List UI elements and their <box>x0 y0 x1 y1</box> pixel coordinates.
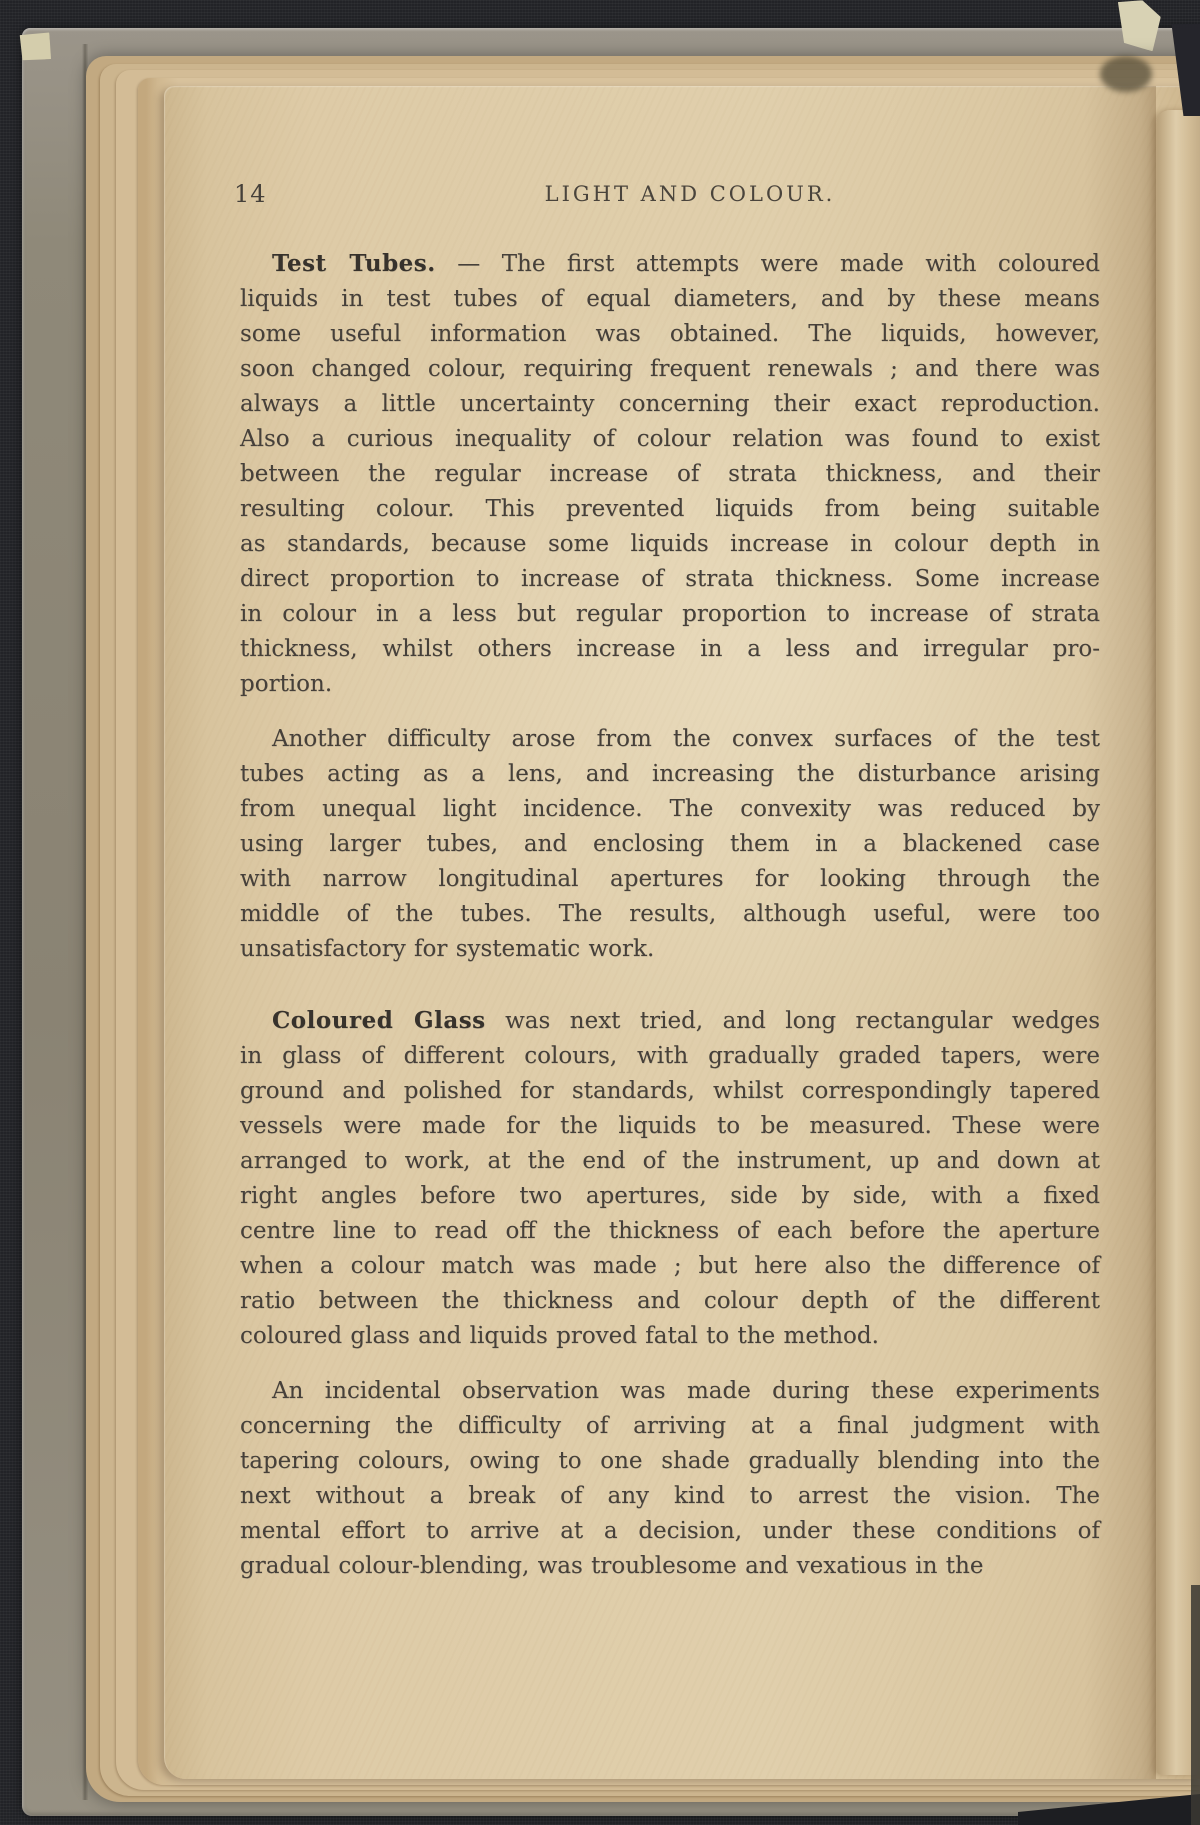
text-line: soon changed colour, requiring frequent … <box>240 352 1100 387</box>
text-line: An incidental observation was made durin… <box>240 1374 1100 1409</box>
text-line: right angles before two apertures, side … <box>240 1179 1100 1214</box>
page-header: 14 LIGHT AND COLOUR. <box>240 180 1100 208</box>
text-line: thickness, whilst others increase in a l… <box>240 632 1100 667</box>
paragraph: Test Tubes. — The first attempts were ma… <box>240 246 1100 702</box>
text-line: resulting colour. This prevented liquids… <box>240 492 1100 527</box>
text-line: liquids in test tubes of equal diameters… <box>240 282 1100 317</box>
cloth-sliver-right <box>1191 1585 1200 1825</box>
text-line: ground and polished for standards, whils… <box>240 1074 1100 1109</box>
text-line: Test Tubes. — The first attempts were ma… <box>240 246 1100 282</box>
paragraph-lead: Coloured Glass <box>272 1007 486 1034</box>
cover-stain <box>1100 56 1152 92</box>
page-gutter-fold <box>1156 110 1200 1775</box>
text-line: Another difficulty arose from the convex… <box>240 722 1100 757</box>
text-line: always a little uncertainty concerning t… <box>240 387 1100 422</box>
paragraph: Coloured Glass was next tried, and long … <box>240 1003 1100 1354</box>
text-line: portion. <box>240 667 1100 702</box>
text-line: Coloured Glass was next tried, and long … <box>240 1003 1100 1039</box>
book-scan: 14 LIGHT AND COLOUR. Test Tubes. — The f… <box>0 0 1200 1825</box>
text-line: concerning the difficulty of arriving at… <box>240 1409 1100 1444</box>
page-number: 14 <box>234 180 267 208</box>
text-line: vessels were made for the liquids to be … <box>240 1109 1100 1144</box>
body-text: Test Tubes. — The first attempts were ma… <box>240 246 1100 1584</box>
text-line: direct proportion to increase of strata … <box>240 562 1100 597</box>
text-line: Also a curious inequality of colour rela… <box>240 422 1100 457</box>
text-line: when a colour match was made ; but here … <box>240 1249 1100 1284</box>
text-line: with narrow longitudinal apertures for l… <box>240 862 1100 897</box>
text-line: middle of the tubes. The results, althou… <box>240 897 1100 932</box>
text-line: tubes acting as a lens, and increasing t… <box>240 757 1100 792</box>
text-line: ratio between the thickness and colour d… <box>240 1284 1100 1319</box>
text-line: some useful information was obtained. Th… <box>240 317 1100 352</box>
text-line: in colour in a less but regular proporti… <box>240 597 1100 632</box>
text-line: arranged to work, at the end of the inst… <box>240 1144 1100 1179</box>
text-line: in glass of different colours, with grad… <box>240 1039 1100 1074</box>
paragraph-lead: Test Tubes. <box>272 250 436 277</box>
text-line: unsatisfactory for systematic work. <box>240 932 1100 967</box>
text-line: tapering colours, owing to one shade gra… <box>240 1444 1100 1479</box>
text-line: next without a break of any kind to arre… <box>240 1479 1100 1514</box>
text-line: between the regular increase of strata t… <box>240 457 1100 492</box>
paragraph: Another difficulty arose from the convex… <box>240 722 1100 967</box>
text-line: centre line to read off the thickness of… <box>240 1214 1100 1249</box>
text-line: mental effort to arrive at a decision, u… <box>240 1514 1100 1549</box>
text-line: coloured glass and liquids proved fatal … <box>240 1319 1100 1354</box>
text-line: gradual colour-blending, was troublesome… <box>240 1549 1100 1584</box>
text-line: using larger tubes, and enclosing them i… <box>240 827 1100 862</box>
text-line: from unequal light incidence. The convex… <box>240 792 1100 827</box>
text-block: 14 LIGHT AND COLOUR. Test Tubes. — The f… <box>240 180 1100 1584</box>
text-line: as standards, because some liquids incre… <box>240 527 1100 562</box>
paragraph: An incidental observation was made durin… <box>240 1374 1100 1584</box>
running-header: LIGHT AND COLOUR. <box>545 182 836 206</box>
